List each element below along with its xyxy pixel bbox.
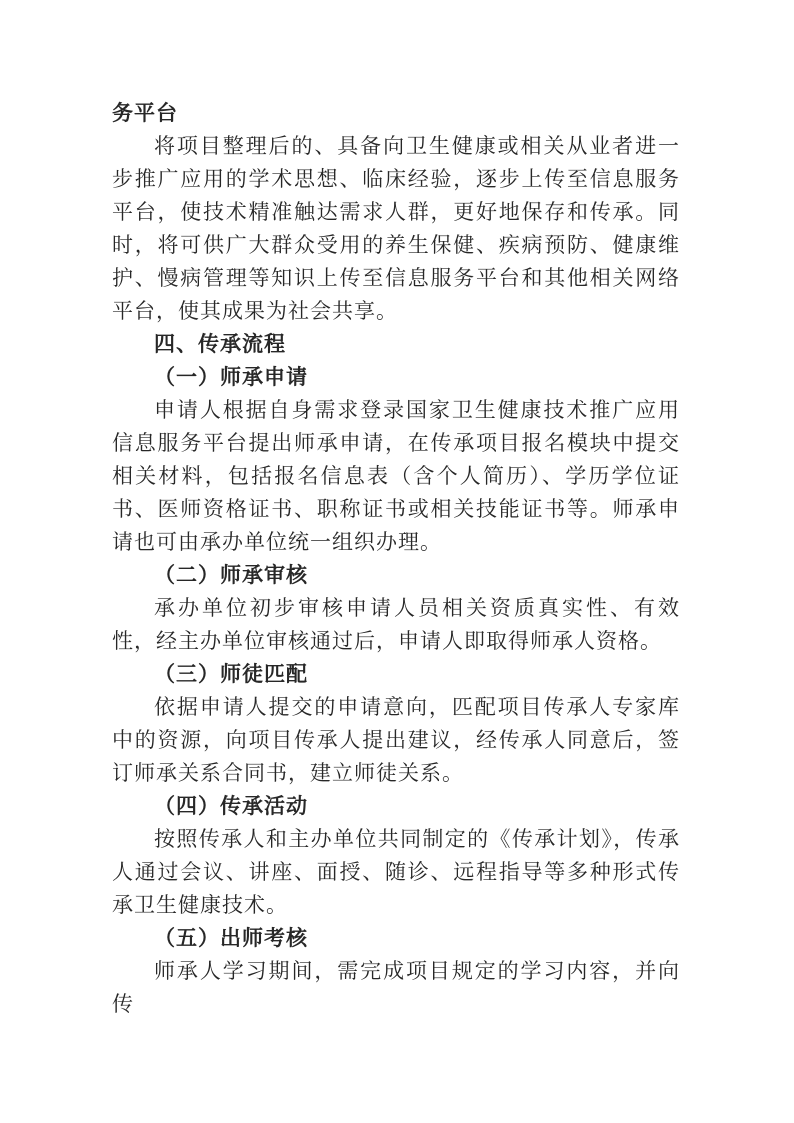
subsection-heading-inheritance-activities: （四）传承活动 <box>112 790 680 823</box>
subsection-heading-continuation: 务平台 <box>112 97 680 130</box>
document-page: 务平台 将项目整理后的、具备向卫生健康或相关从业者进一步推广应用的学术思想、临床… <box>0 0 794 1123</box>
section-heading-inheritance-process: 四、传承流程 <box>112 328 680 361</box>
paragraph-inheritance-activities: 按照传承人和主办单位共同制定的《传承计划》，传承人通过会议、讲座、面授、随诊、远… <box>112 823 680 922</box>
paragraph-apprentice-review: 承办单位初步审核申请人员相关资质真实性、有效性，经主办单位审核通过后，申请人即取… <box>112 592 680 658</box>
document-content: 务平台 将项目整理后的、具备向卫生健康或相关从业者进一步推广应用的学术思想、临床… <box>112 97 680 1021</box>
paragraph-apprentice-application: 申请人根据自身需求登录国家卫生健康技术推广应用信息服务平台提出师承申请，在传承项… <box>112 394 680 559</box>
subsection-heading-apprentice-review: （二）师承审核 <box>112 559 680 592</box>
subsection-heading-apprentice-application: （一）师承申请 <box>112 361 680 394</box>
paragraph-mentor-matching: 依据申请人提交的申请意向，匹配项目传承人专家库中的资源，向项目传承人提出建议，经… <box>112 691 680 790</box>
paragraph-platform-sharing: 将项目整理后的、具备向卫生健康或相关从业者进一步推广应用的学术思想、临床经验，逐… <box>112 130 680 328</box>
paragraph-graduation-assessment: 师承人学习期间，需完成项目规定的学习内容，并向传 <box>112 955 680 1021</box>
subsection-heading-graduation-assessment: （五）出师考核 <box>112 922 680 955</box>
subsection-heading-mentor-matching: （三）师徒匹配 <box>112 658 680 691</box>
